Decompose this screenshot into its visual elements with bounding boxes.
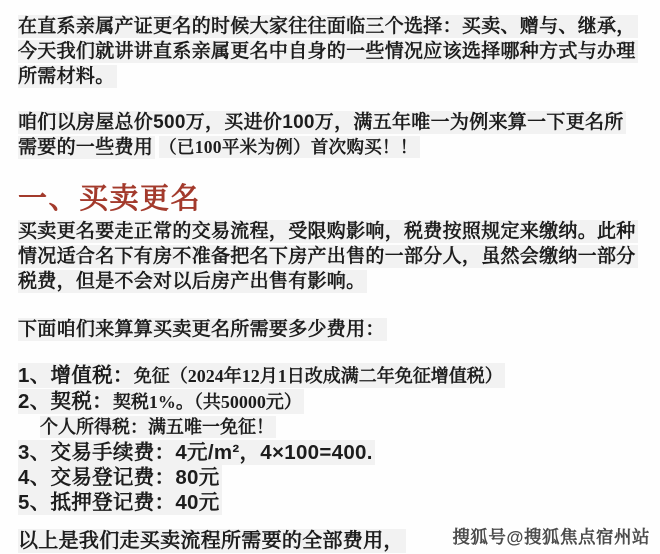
fee-item-mortgage-registration: 5、抵押登记费：40元	[18, 490, 642, 515]
fees-lead-line: 下面咱们来算算买卖更名所需要多少费用：	[18, 317, 642, 342]
closing-text: 以上是我们走买卖流程所需要的全部费用，	[18, 529, 406, 553]
article-page: 在直系亲属产证更名的时候大家往往面临三个选择：买卖、赠与、继承，今天我们就讲讲直…	[0, 0, 660, 554]
fee-item-transaction-fee: 3、交易手续费：4元/m²，4×100=400.	[18, 440, 642, 465]
intro-paragraph-1-text: 在直系亲属产证更名的时候大家往往面临三个选择：买卖、赠与、继承，今天我们就讲讲直…	[18, 15, 638, 88]
fee-item-income-tax-note: 个人所得税：满五唯一免征！	[18, 415, 642, 440]
intro-paragraph-1: 在直系亲属产证更名的时候大家往往面临三个选择：买卖、赠与、继承，今天我们就讲讲直…	[18, 14, 642, 89]
fee-label: 交易手续费：	[51, 441, 176, 464]
fee-number: 4、	[18, 466, 51, 489]
section-body-paragraph: 买卖更名要走正常的交易流程，受限购影响，税费按照规定来缴纳。此种情况适合名下有房…	[18, 219, 642, 294]
fee-list: 1、增值税：免征（2024年12月1日改成满二年免征增值税） 2、契税：契税1%…	[18, 363, 642, 515]
section-body-text: 买卖更名要走正常的交易流程，受限购影响，税费按照规定来缴纳。此种情况适合名下有房…	[18, 220, 638, 293]
intro-paragraph-2: 咱们以房屋总价500万，买进价100万，满五年唯一为例来算一下更名所需要的一些费…	[18, 110, 642, 160]
fee-label: 交易登记费：	[51, 466, 176, 489]
section-heading: 一、买卖更名	[18, 182, 642, 216]
fee-value: 80元	[175, 466, 219, 489]
fee-number: 2、	[18, 390, 51, 413]
fee-label: 增值税：	[51, 364, 134, 387]
fee-value: 免征（2024年12月1日改成满二年免征增值税）	[134, 366, 503, 386]
fee-item-transaction-registration: 4、交易登记费：80元	[18, 465, 642, 490]
fee-item-vat: 1、增值税：免征（2024年12月1日改成满二年免征增值税）	[18, 363, 642, 389]
fee-number: 1、	[18, 364, 51, 387]
fee-value: 4元/m²，4×100=400.	[175, 441, 372, 464]
fees-lead-text: 下面咱们来算算买卖更名所需要多少费用：	[18, 318, 387, 341]
fee-value: 40元	[175, 491, 219, 514]
fee-number: 5、	[18, 491, 51, 514]
fee-value: 契税1%。（共50000元）	[113, 392, 302, 412]
fee-item-deed-tax: 2、契税：契税1%。（共50000元）	[18, 389, 642, 415]
fee-label: 抵押登记费：	[51, 491, 176, 514]
fee-label: 契税：	[51, 390, 113, 413]
fee-number: 3、	[18, 441, 51, 464]
intro-paragraph-2-note: （已100平米为例）首次购买！！	[159, 136, 420, 158]
sohu-watermark: 搜狐号@搜狐焦点宿州站	[452, 524, 650, 549]
fee-sub-text: 个人所得税：满五唯一免征！	[40, 416, 276, 438]
